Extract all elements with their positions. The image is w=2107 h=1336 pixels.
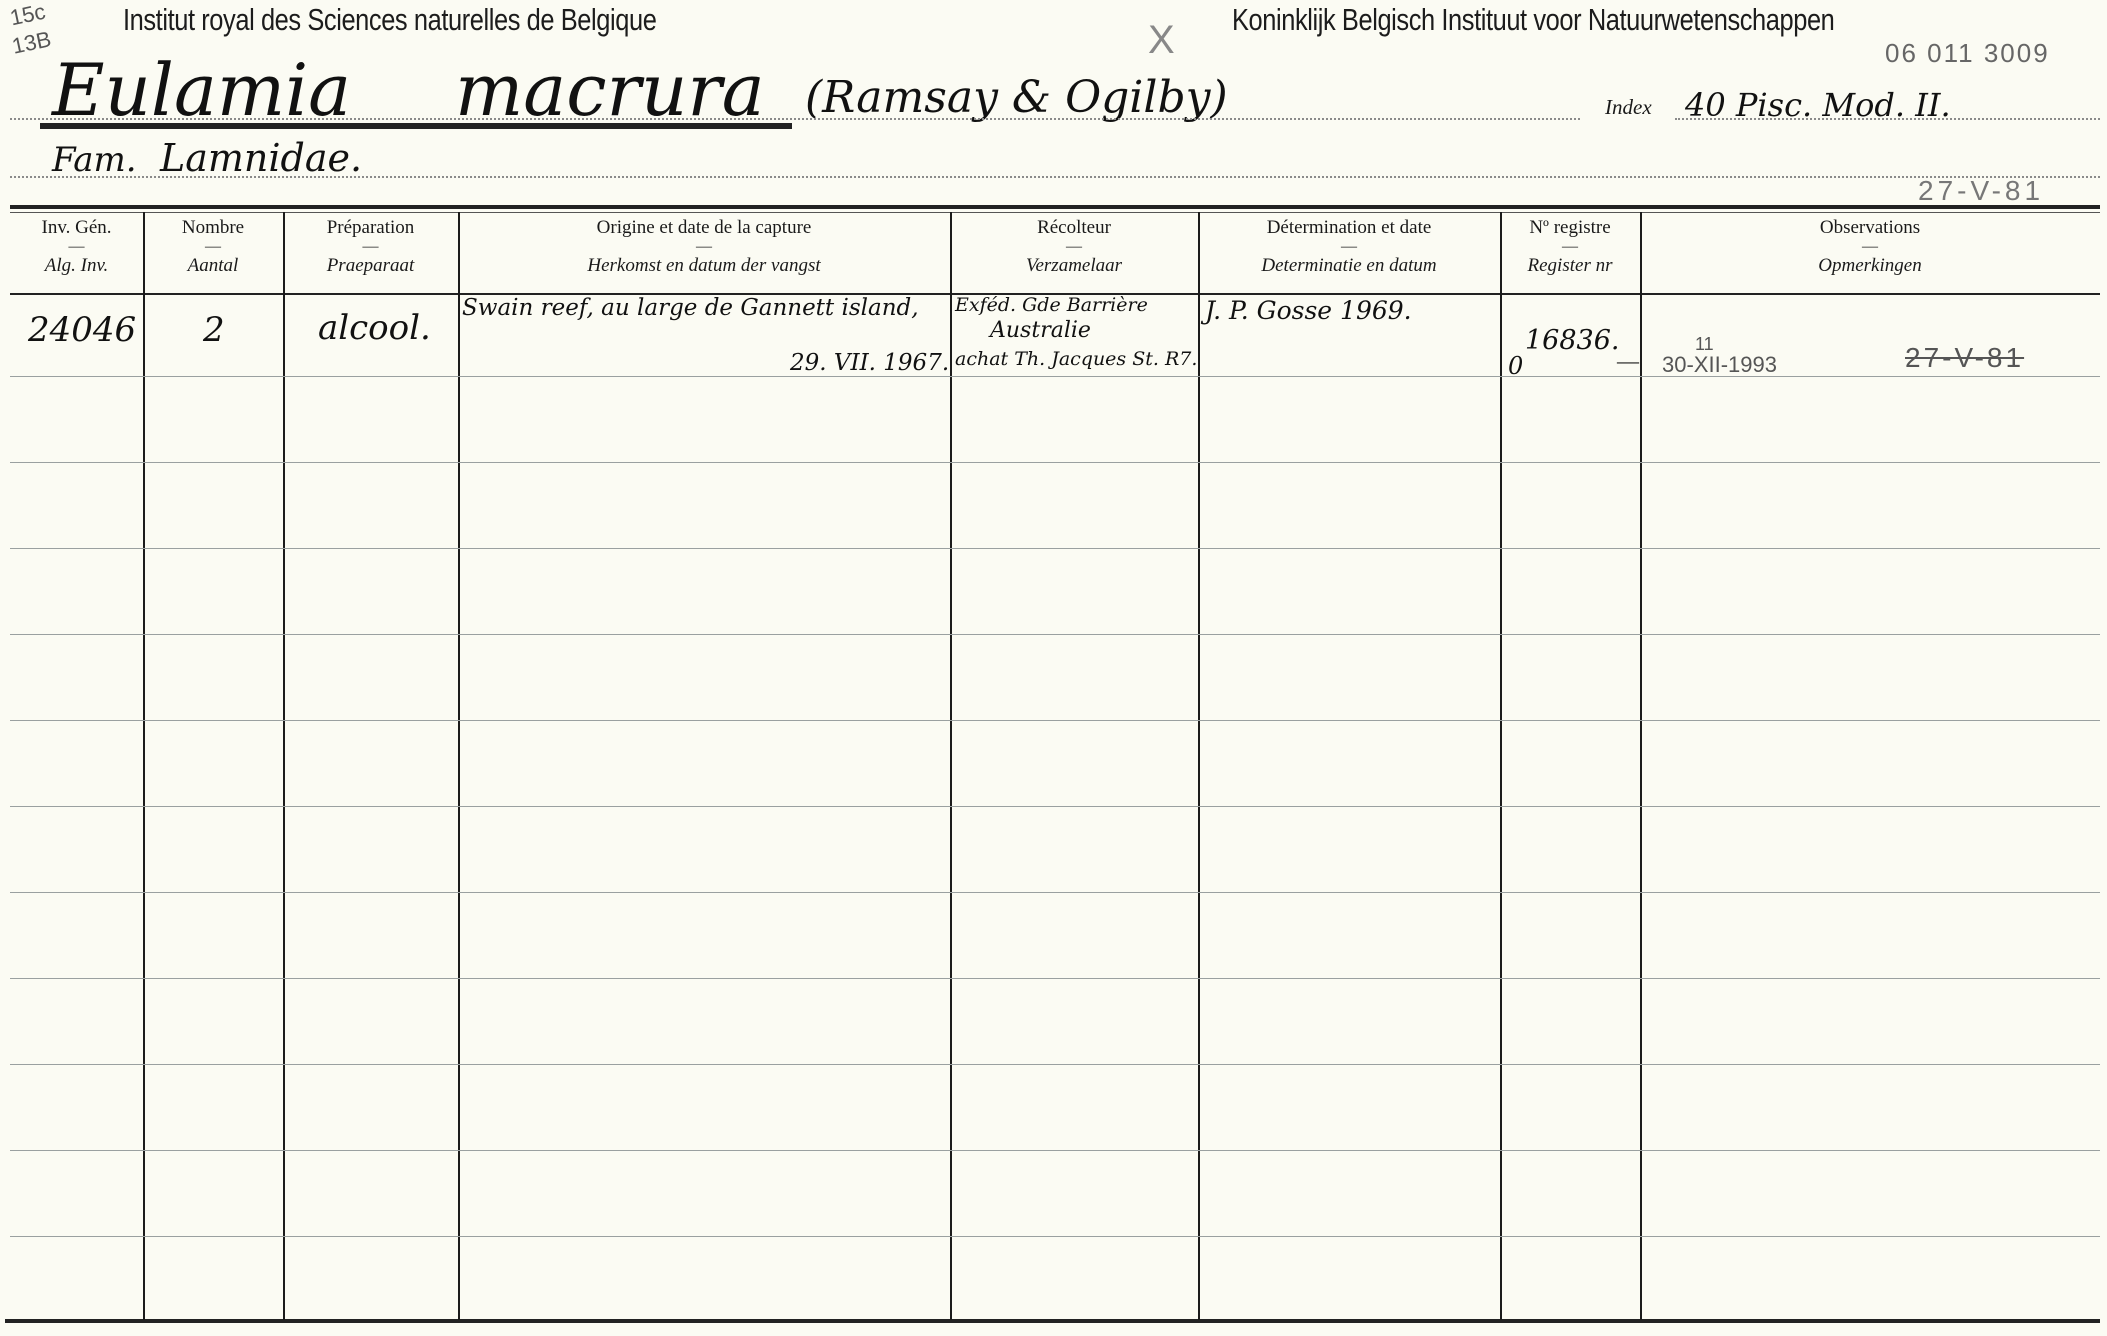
column-header-fr: Détermination et date [1198, 218, 1500, 238]
column-divider [143, 212, 145, 1320]
column-divider [1198, 212, 1200, 1320]
cell-inv-number: 24046 [28, 310, 136, 350]
column-divider [950, 212, 952, 1320]
column-header: Nombre—Aantal [143, 218, 283, 276]
table-top-rule [10, 205, 2100, 209]
column-header-fr: Inv. Gén. [10, 218, 143, 238]
cell-preparation: alcool. [318, 308, 431, 348]
cell-origin-line-2: 29. VII. 1967. [790, 350, 949, 376]
species-underline [40, 123, 792, 129]
cell-register-dash: — [1617, 348, 1639, 374]
column-header-fr: Nombre [143, 218, 283, 238]
row-divider [10, 548, 2100, 549]
row-divider [10, 720, 2100, 721]
column-header: Observations—Opmerkingen [1640, 218, 2100, 276]
cell-count: 2 [203, 310, 225, 350]
column-header-dash: — [950, 238, 1198, 256]
column-header: Origine et date de la capture—Herkomst e… [458, 218, 950, 276]
column-header: Inv. Gén.—Alg. Inv. [10, 218, 143, 276]
column-header: Récolteur—Verzamelaar [950, 218, 1198, 276]
row-divider [10, 462, 2100, 463]
cell-determination: J. P. Gosse 1969. [1205, 296, 1412, 325]
table-top-rule-thin [10, 212, 2100, 213]
row-divider [10, 892, 2100, 893]
column-header-nl: Determinatie en datum [1198, 256, 1500, 276]
row-divider [10, 978, 2100, 979]
column-header-dash: — [10, 238, 143, 256]
row-divider [10, 1236, 2100, 1237]
species-dotted-line [10, 118, 1580, 120]
column-header-nl: Aantal [143, 256, 283, 276]
institution-name-nl: Koninklijk Belgisch Instituut voor Natuu… [1232, 2, 1834, 38]
column-header-dash: — [1640, 238, 2100, 256]
column-header-nl: Praeparaat [283, 256, 458, 276]
family-dotted-line [10, 176, 2100, 178]
column-divider [283, 212, 285, 1320]
observation-date-1: 30-XII-1993 [1662, 352, 1777, 378]
row-divider [10, 1150, 2100, 1151]
column-header-dash: — [143, 238, 283, 256]
cell-collector-line-1: Exféd. Gde Barrière [955, 294, 1148, 316]
column-header-nl: Opmerkingen [1640, 256, 2100, 276]
cell-collector-line-3: achat Th. Jacques St. R7. [955, 348, 1197, 370]
column-header-fr: Récolteur [950, 218, 1198, 238]
family-value: Lamnidae. [160, 136, 362, 180]
row-divider [10, 806, 2100, 807]
family-label: Fam. [52, 140, 137, 180]
cell-register-number: 16836. [1525, 325, 1619, 356]
column-divider [1500, 212, 1502, 1320]
column-header-dash: — [283, 238, 458, 256]
column-header-nl: Register nr [1500, 256, 1640, 276]
column-header-nl: Herkomst en datum der vangst [458, 256, 950, 276]
index-label: Index [1605, 95, 1652, 120]
table-bottom-rule [5, 1319, 2100, 1323]
column-header-dash: — [1500, 238, 1640, 256]
column-header-dash: — [1198, 238, 1500, 256]
row-divider [10, 376, 2100, 377]
cell-origin-line-1: Swain reef, au large de Gannett island, [462, 295, 919, 321]
column-header: Nº registre—Register nr [1500, 218, 1640, 276]
column-header-fr: Origine et date de la capture [458, 218, 950, 238]
column-divider [458, 212, 460, 1320]
column-header-nl: Verzamelaar [950, 256, 1198, 276]
column-header-dash: — [458, 238, 950, 256]
column-header-fr: Préparation [283, 218, 458, 238]
row-divider [10, 1064, 2100, 1065]
observation-date-2: 27-V-81 [1905, 342, 2024, 374]
column-header-fr: Nº registre [1500, 218, 1640, 238]
column-header-fr: Observations [1640, 218, 2100, 238]
pencil-date-top: 27-V-81 [1918, 175, 2044, 207]
corner-pencil-note-2: 13B [10, 26, 54, 60]
x-mark: X [1148, 18, 1175, 63]
column-header: Préparation—Praeparaat [283, 218, 458, 276]
institution-name-fr: Institut royal des Sciences naturelles d… [123, 2, 656, 38]
cell-register-prefix: 0 [1508, 352, 1523, 380]
species-author: (Ramsay & Ogilby) [805, 72, 1228, 123]
cell-collector-line-2: Australie [990, 318, 1091, 343]
catalog-number: 06 011 3009 [1885, 38, 2050, 69]
column-header-nl: Alg. Inv. [10, 256, 143, 276]
column-divider [1640, 212, 1642, 1320]
index-dotted-line [1675, 118, 2100, 120]
row-divider [10, 634, 2100, 635]
column-header: Détermination et date—Determinatie en da… [1198, 218, 1500, 276]
